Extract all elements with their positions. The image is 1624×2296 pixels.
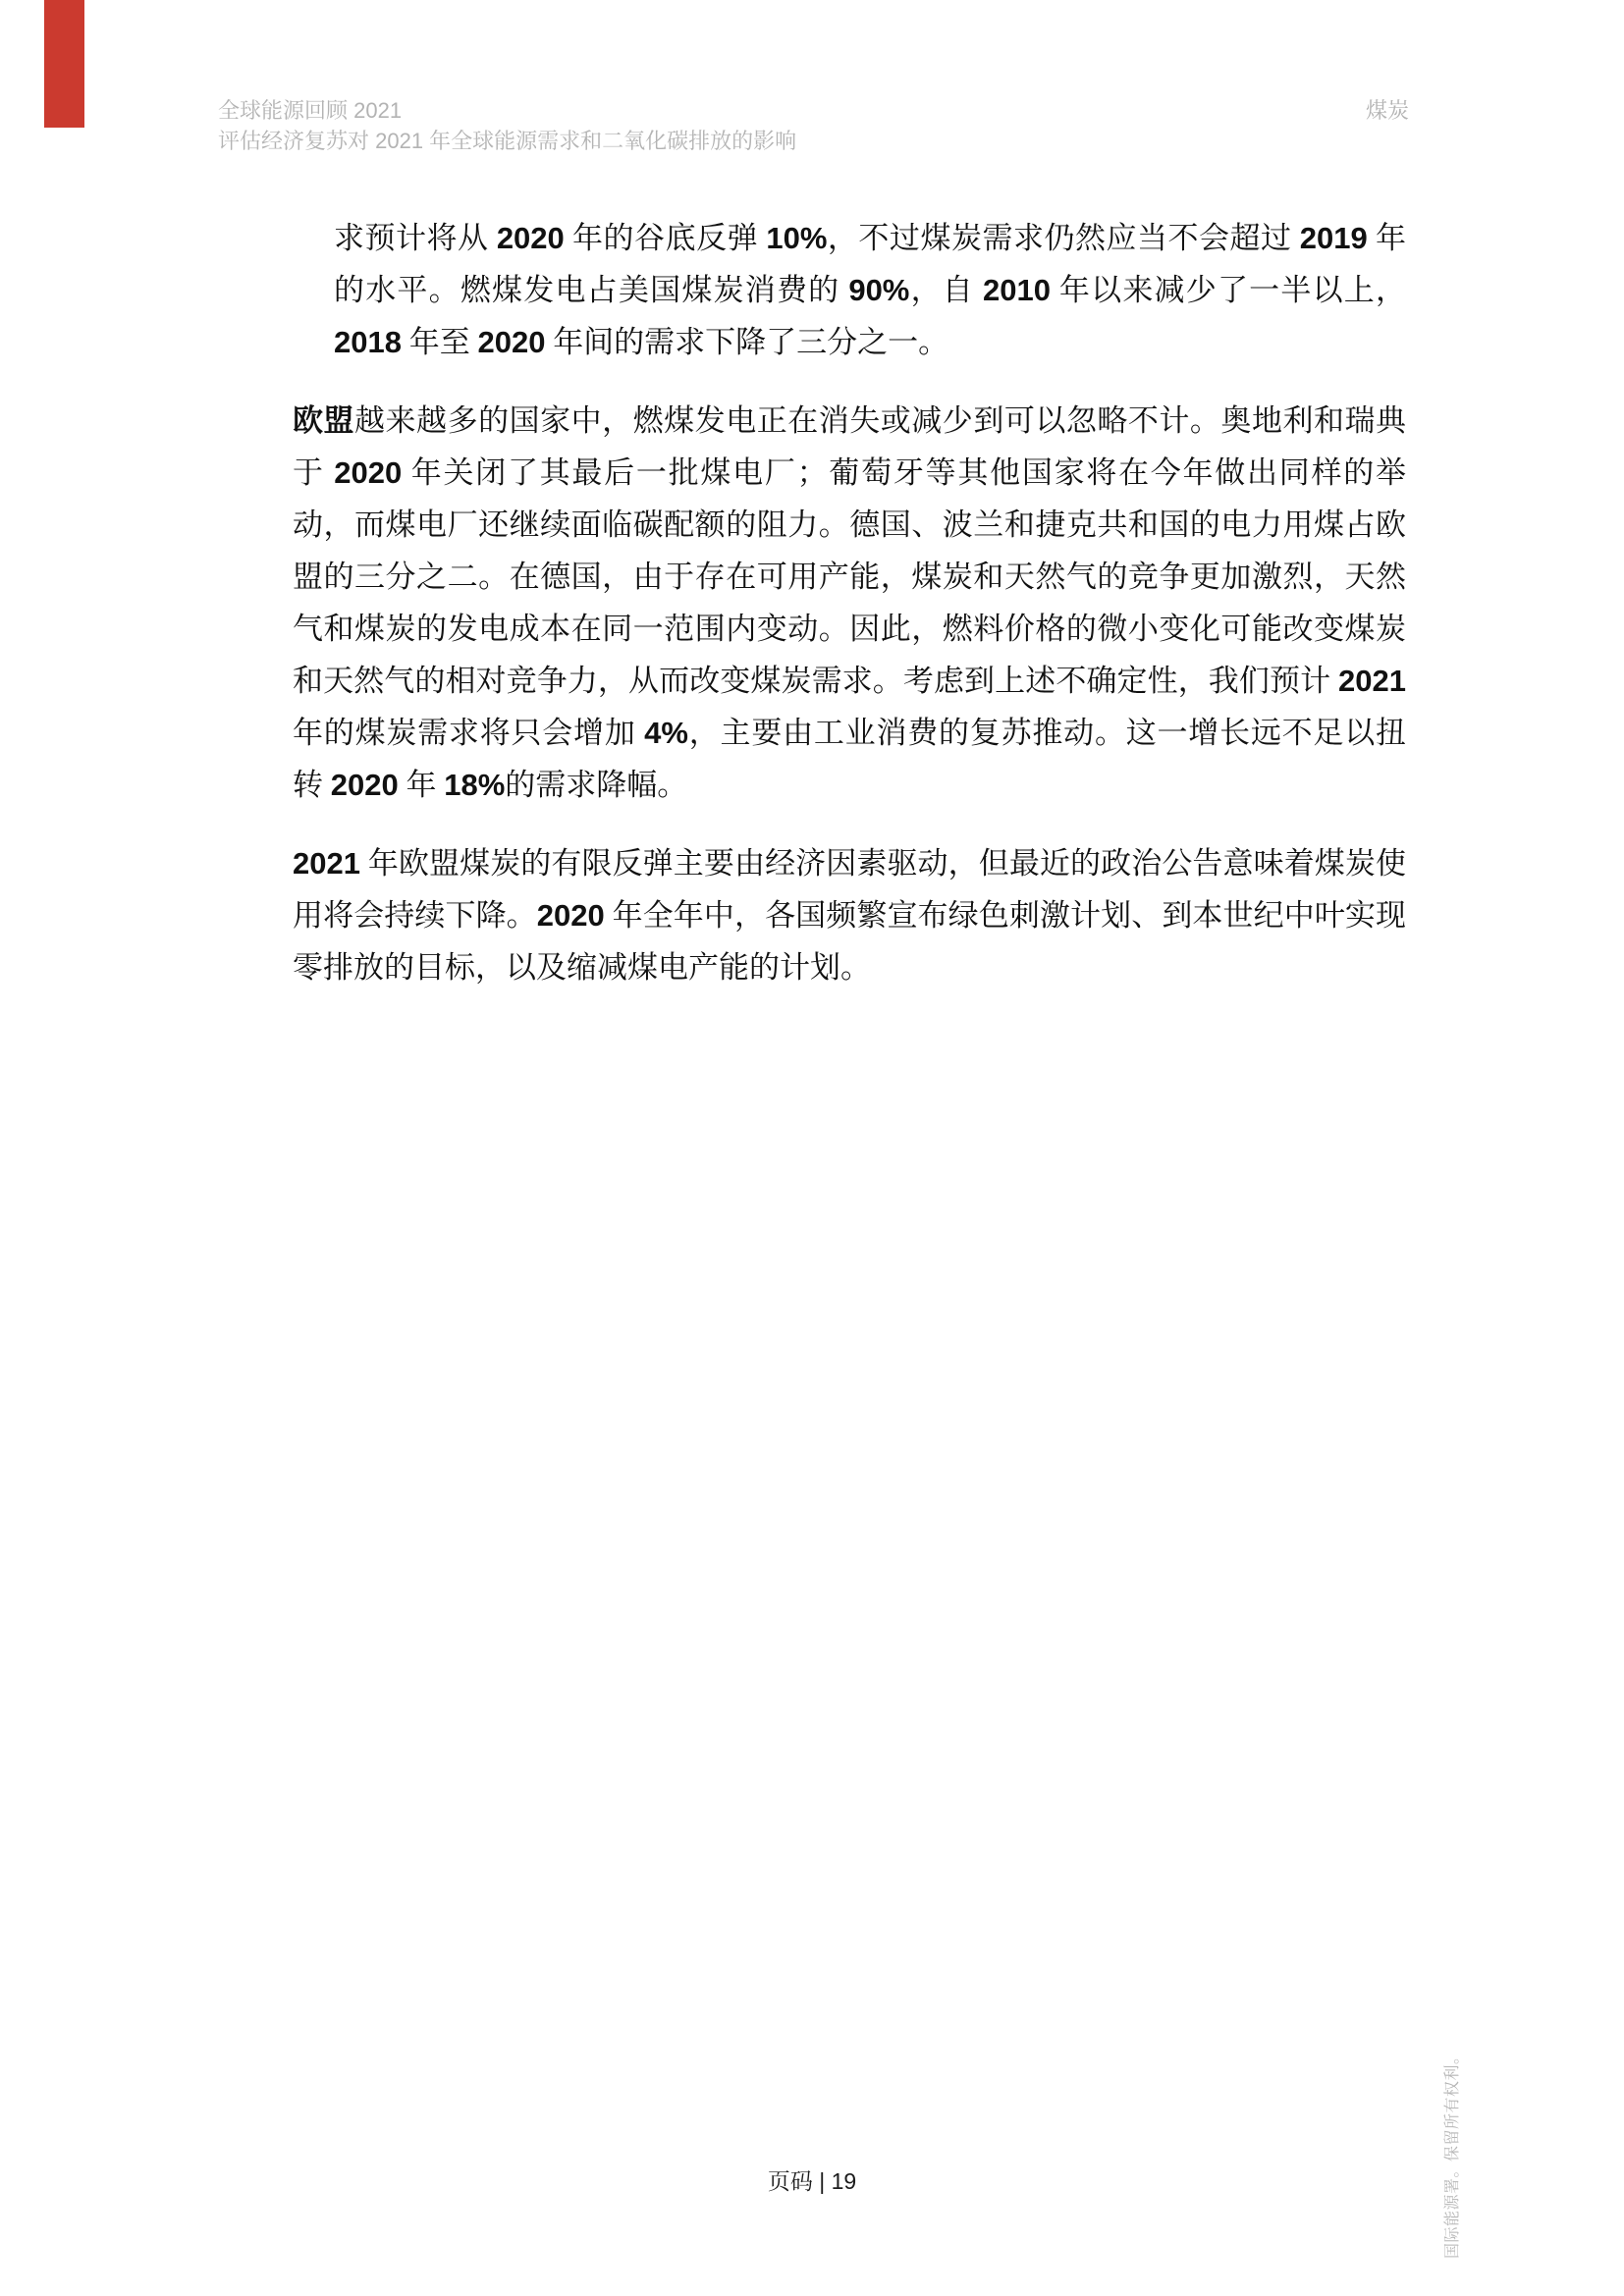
body-text: 求预计将从 2020 年的谷底反弹 10%，不过煤炭需求仍然应当不会超过 201… bbox=[293, 212, 1406, 1020]
document-page: 全球能源回顾 2021 评估经济复苏对 2021 年全球能源需求和二氧化碳排放的… bbox=[0, 0, 1624, 2296]
paragraph-eu-policy: 2021 年欧盟煤炭的有限反弹主要由经济因素驱动，但最近的政治公告意味着煤炭使用… bbox=[293, 837, 1406, 993]
paragraph-text: 越来越多的国家中，燃煤发电正在消失或减少到可以忽略不计。奥地利和瑞典于 2020… bbox=[293, 403, 1406, 802]
chapter-color-tab bbox=[44, 0, 84, 128]
report-title: 全球能源回顾 2021 bbox=[218, 95, 796, 126]
paragraph-text: 求预计将从 2020 年的谷底反弹 10%，不过煤炭需求仍然应当不会超过 201… bbox=[334, 221, 1406, 359]
paragraph-text: 2021 年欧盟煤炭的有限反弹主要由经济因素驱动，但最近的政治公告意味着煤炭使用… bbox=[293, 846, 1406, 985]
paragraph-lead-bold: 欧盟 bbox=[293, 403, 354, 438]
report-subtitle: 评估经济复苏对 2021 年全球能源需求和二氧化碳排放的影响 bbox=[218, 126, 796, 156]
paragraph-eu-coal: 欧盟越来越多的国家中，燃煤发电正在消失或减少到可以忽略不计。奥地利和瑞典于 20… bbox=[293, 395, 1406, 811]
paragraph-us-coal: 求预计将从 2020 年的谷底反弹 10%，不过煤炭需求仍然应当不会超过 201… bbox=[334, 212, 1406, 368]
copyright-vertical-note: 国际能源署。保留所有权利。 bbox=[1442, 2086, 1464, 2259]
chapter-label: 煤炭 bbox=[1366, 95, 1409, 126]
footer-page-number: 页码 | 19 bbox=[0, 2166, 1624, 2196]
page-header: 全球能源回顾 2021 评估经济复苏对 2021 年全球能源需求和二氧化碳排放的… bbox=[218, 95, 796, 156]
